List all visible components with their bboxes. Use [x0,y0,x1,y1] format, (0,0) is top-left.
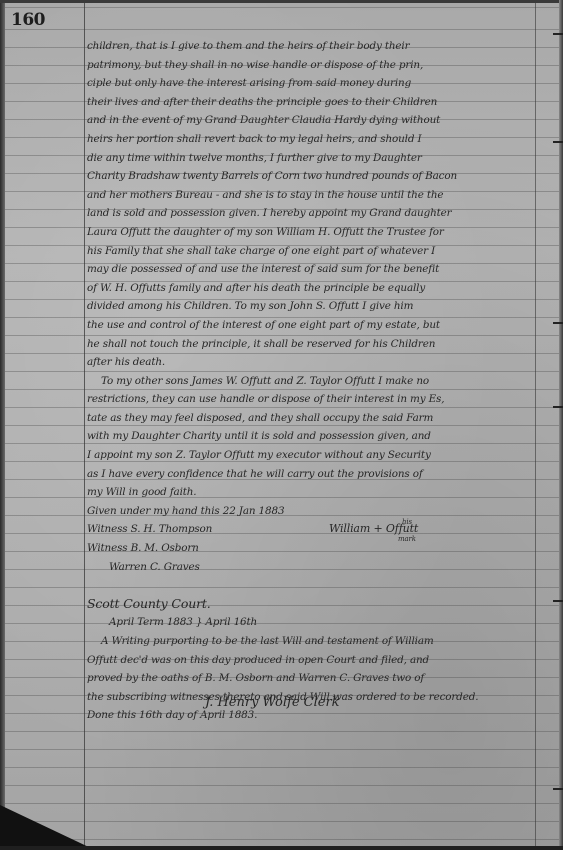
ledger-page: 160 children, that is I give to them and… [0,0,563,850]
binding-edge [0,0,5,850]
edge-tick-mark [553,322,563,324]
edge-tick-mark [553,600,563,602]
will-line: restrictions, they can use handle or dis… [87,390,531,409]
will-line: ciple but only have the interest arising… [87,74,531,93]
will-line: heirs her portion shall revert back to m… [87,130,531,149]
left-margin-line [84,0,85,850]
will-line: as I have every confidence that he will … [87,465,531,484]
will-line: Charity Bradshaw twenty Barrels of Corn … [87,167,531,186]
given-under-hand-line: Given under my hand this 22 Jan 1883 [87,502,531,521]
edge-tick-mark [553,141,563,143]
will-line: children, that is I give to them and the… [87,37,531,56]
will-text-block: children, that is I give to them and the… [87,37,531,725]
will-line: I appoint my son Z. Taylor Offutt my exe… [87,446,531,465]
page-corner-shadow [0,805,95,850]
witness-row-2: Witness B. M. Osborn [87,539,531,558]
probate-line: A Writing purporting to be the last Will… [87,632,531,651]
will-line: die any time within twelve months, I fur… [87,149,531,168]
will-line: and her mothers Bureau - and she is to s… [87,186,531,205]
court-term-line: April Term 1883 } April 16th [87,613,531,632]
mark-label-his: his [402,513,412,532]
top-edge [0,0,563,3]
testator-first-name: William [329,522,370,535]
will-line: tate as they may feel disposed, and they… [87,409,531,428]
probate-line: Offutt dec'd was on this day produced in… [87,651,531,670]
bottom-edge [0,846,563,850]
will-line: Laura Offutt the daughter of my son Will… [87,223,531,242]
will-line: may die possessed of and use the interes… [87,260,531,279]
edge-tick-mark [553,406,563,408]
will-line: with my Daughter Charity until it is sol… [87,427,531,446]
blank-line [87,576,531,595]
will-line: patrimony, but they shall in no wise han… [87,56,531,75]
will-line: of W. H. Offutts family and after his de… [87,279,531,298]
edge-tick-mark [553,788,563,790]
will-line: and in the event of my Grand Daughter Cl… [87,111,531,130]
will-line: land is sold and possession given. I her… [87,204,531,223]
witness-row-1: Witness S. H. Thompson William + Offutt … [87,520,531,539]
witness-1: Witness S. H. Thompson [87,523,212,535]
will-line: after his death. [87,353,531,372]
will-line: divided among his Children. To my son Jo… [87,297,531,316]
clerk-signature: J. Henry Wolfe Clerk [205,695,340,710]
will-line: the use and control of the interest of o… [87,316,531,335]
will-line: their lives and after their deaths the p… [87,93,531,112]
witness-row-3: Warren C. Graves [87,558,531,577]
will-line: To my other sons James W. Offutt and Z. … [87,372,531,391]
right-margin-line [535,0,536,850]
testator-mark: + [373,522,382,535]
probate-line: proved by the oaths of B. M. Osborn and … [87,669,531,688]
will-line: his Family that she shall take charge of… [87,242,531,261]
will-line: my Will in good faith. [87,483,531,502]
will-line: he shall not touch the principle, it sha… [87,335,531,354]
right-page-edge [559,0,563,850]
edge-tick-mark [553,33,563,35]
mark-label-mark: mark [398,530,416,549]
court-heading: Scott County Court. [87,595,531,614]
page-number: 160 [11,10,45,30]
